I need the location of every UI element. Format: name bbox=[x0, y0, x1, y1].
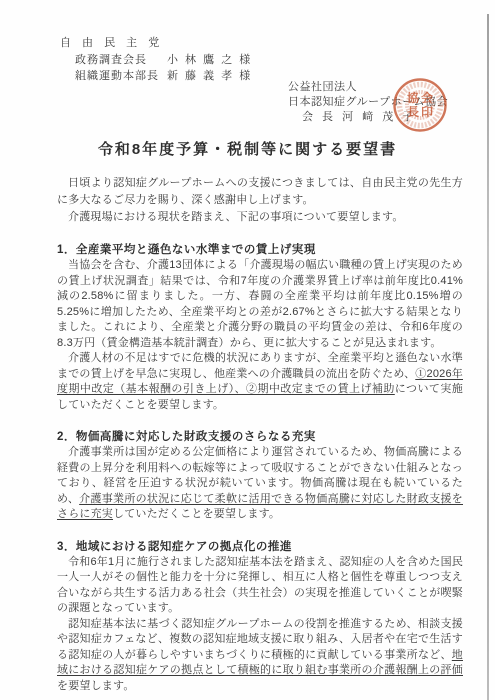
section-paragraph: 介護事業所は国が定める公定価格により運営されているため、物価高騰による経費の上昇… bbox=[57, 445, 463, 523]
sender-org-type: 公益社団法人 bbox=[288, 80, 448, 94]
paragraph-text: 介護人材の不足はすでに危機的状況にありますが、全産業平均と遜色ない水準までの賃上… bbox=[57, 352, 463, 380]
section-heading: 3．地域における認知症ケアの拠点化の推進 bbox=[57, 538, 463, 554]
request-sections-container: 1．全産業平均と遜色ない水準までの賃上げ実現当協会を含む、介護13団体による「介… bbox=[57, 241, 463, 694]
addressee-person-2: 組織運動本部長 新 藤 義 孝 様 bbox=[75, 69, 252, 85]
request-section-1: 1．全産業平均と遜色ない水準までの賃上げ実現当協会を含む、介護13団体による「介… bbox=[57, 241, 463, 413]
section-paragraph: 認知症基本法に基づく認知症グループホームの役割を推進するため、相談支援や認知症カ… bbox=[57, 617, 463, 695]
paragraph-text: を要望します。 bbox=[57, 680, 135, 692]
addressee-person-2-name: 新 藤 義 孝 様 bbox=[167, 69, 252, 85]
document-body: 日頃より認知症グループホームへの支援につきましては、自由民主党の先生方に多大なる… bbox=[57, 175, 463, 694]
paragraph-text: していただくことを要望します。 bbox=[113, 508, 280, 520]
addressee-person-1-name: 小 林 鷹 之 様 bbox=[167, 53, 252, 69]
section-heading: 2．物価高騰に対応した財政支援のさらなる充実 bbox=[57, 428, 463, 444]
section-heading: 1．全産業平均と遜色ない水準までの賃上げ実現 bbox=[57, 241, 463, 257]
sender-block: 公益社団法人 日本認知症グループホーム協会 会 長 河 﨑 茂 子 bbox=[288, 80, 448, 124]
section-paragraph: 介護人材の不足はすでに危機的状況にありますが、全産業平均と遜色ない水準までの賃上… bbox=[57, 351, 463, 413]
sender-president-name: 会 長 河 﨑 茂 子 bbox=[302, 110, 448, 124]
request-section-2: 2．物価高騰に対応した財政支援のさらなる充実介護事業所は国が定める公定価格により… bbox=[57, 428, 463, 523]
scanned-document-page: 自 由 民 主 党 政務調査会長 小 林 鷹 之 様 組織運動本部長 新 藤 義… bbox=[0, 0, 495, 700]
addressee-party: 自 由 民 主 党 bbox=[60, 36, 252, 52]
section-paragraph: 当協会を含む、介護13団体による「介護現場の幅広い職種の賃上げ実現のための賃上げ… bbox=[57, 258, 463, 351]
intro-paragraph-2: 介護現場における現状を踏まえ、下記の事項について要望します。 bbox=[57, 209, 463, 226]
scan-edge-line bbox=[487, 14, 489, 700]
paragraph-text: 当協会を含む、介護13団体による「介護現場の幅広い職種の賃上げ実現のための賃上げ… bbox=[57, 259, 463, 349]
addressee-person-1-title: 政務調査会長 bbox=[75, 53, 167, 69]
intro-block: 日頃より認知症グループホームへの支援につきましては、自由民主党の先生方に多大なる… bbox=[57, 175, 463, 226]
addressee-person-1: 政務調査会長 小 林 鷹 之 様 bbox=[75, 53, 252, 69]
request-section-3: 3．地域における認知症ケアの拠点化の推進令和6年1月に施行されました認知症基本法… bbox=[57, 538, 463, 695]
document-title: 令和8年度予算・税制等に関する要望書 bbox=[0, 138, 495, 159]
sender-org-name: 日本認知症グループホーム協会 bbox=[288, 95, 448, 109]
paragraph-text: 認知症基本法に基づく認知症グループホームの役割を推進するため、相談支援や認知症カ… bbox=[57, 618, 463, 661]
addressee-block: 自 由 民 主 党 政務調査会長 小 林 鷹 之 様 組織運動本部長 新 藤 義… bbox=[60, 36, 252, 85]
intro-paragraph-1: 日頃より認知症グループホームへの支援につきましては、自由民主党の先生方に多大なる… bbox=[57, 175, 463, 209]
paragraph-text: 令和6年1月に施行されました認知症基本法を踏まえ、認知症の人を含めた国民一人一人… bbox=[57, 556, 463, 615]
addressee-person-2-title: 組織運動本部長 bbox=[75, 69, 167, 85]
section-paragraph: 令和6年1月に施行されました認知症基本法を踏まえ、認知症の人を含めた国民一人一人… bbox=[57, 555, 463, 617]
